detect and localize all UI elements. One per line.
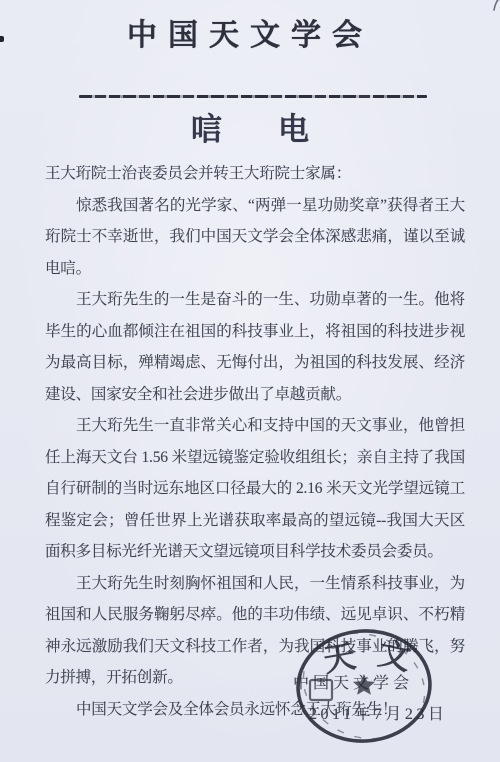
organization-name: 中国天文学会	[0, 10, 500, 54]
document-title: 唁电	[0, 104, 500, 149]
paragraph: 王大珩先生的一生是奋斗的一生、功勋卓著的一生。他将毕生的心血都倾注在祖国的科技事…	[45, 284, 465, 410]
title-char-second: 电	[278, 112, 309, 147]
paragraph: 王大珩先生一直非常关心和支持中国的天文事业，他曾担任上海天文台 1.56 米望远…	[45, 410, 465, 568]
signature-date: 2011年7月23日	[309, 701, 447, 724]
signature-organization: 中国天文学会	[293, 670, 413, 693]
scanned-document-page: 中国天文学会 唁电 王大珩院士治丧委员会并转王大珩院士家属： 惊悉我国著名的光学…	[0, 0, 500, 762]
pen-mark	[478, 0, 500, 24]
scan-speck	[0, 36, 4, 42]
paragraph: 惊悉我国著名的光学家、“两弹一星功勋奖章”获得者王大珩院士不幸逝世，我们中国天文…	[45, 190, 465, 285]
document-body: 王大珩院士治丧委员会并转王大珩院士家属： 惊悉我国著名的光学家、“两弹一星功勋奖…	[45, 158, 465, 725]
salutation-line: 王大珩院士治丧委员会并转王大珩院士家属：	[45, 158, 465, 190]
title-char-first: 唁	[191, 112, 222, 147]
header-rule	[79, 95, 427, 98]
